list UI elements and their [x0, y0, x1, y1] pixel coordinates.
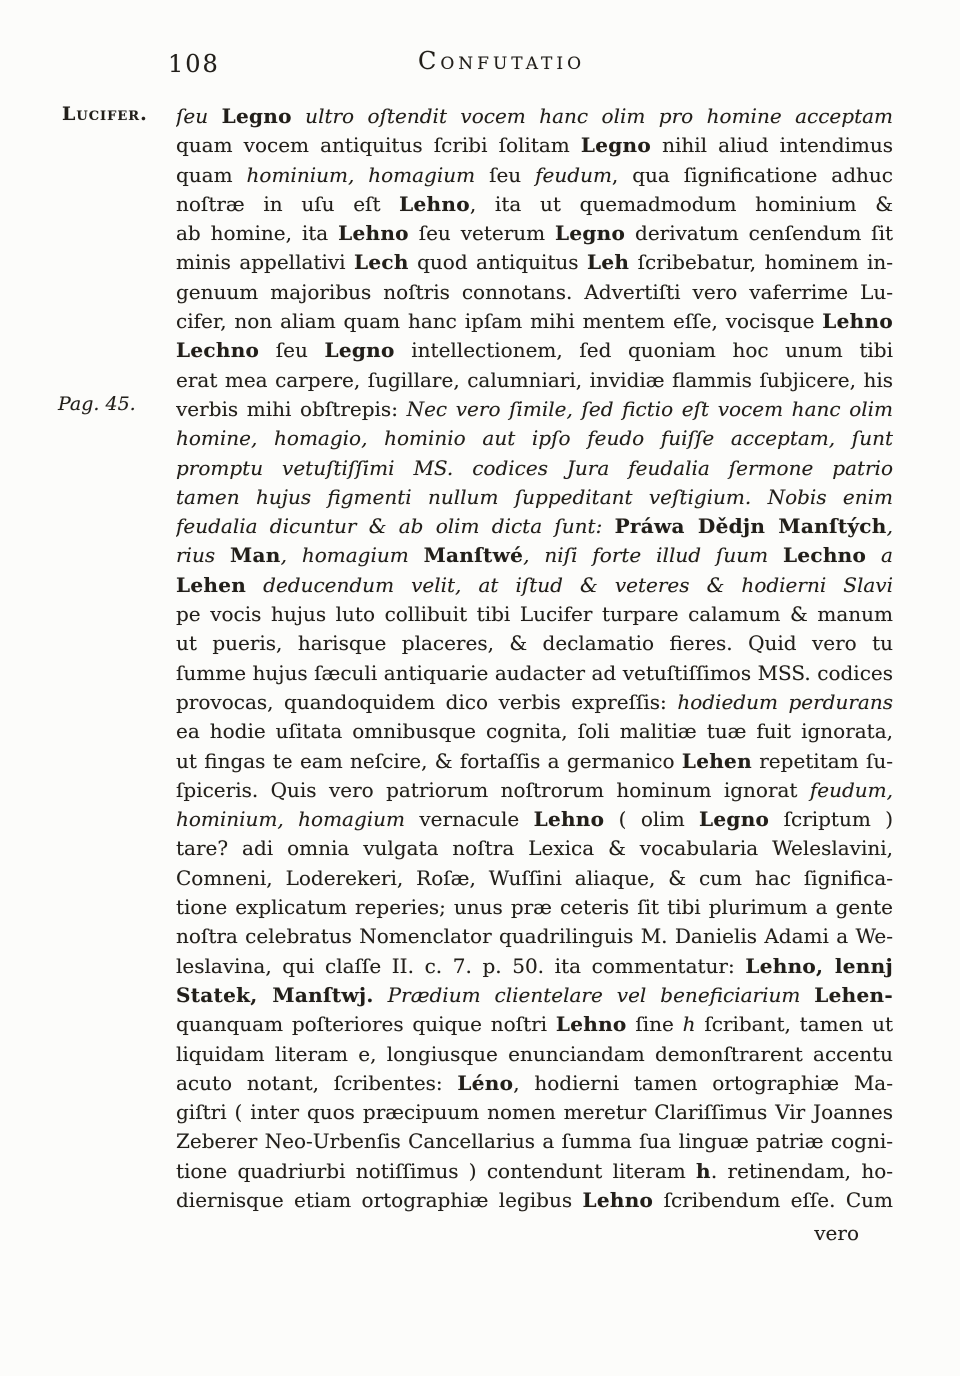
- roman-text: quam: [176, 163, 247, 187]
- blackletter-text: Lehno, lennj: [745, 954, 893, 978]
- italic-text: homine, homagio, hominio aut ipſo feudo …: [176, 426, 893, 453]
- text-line: verbis mihi obſtrepis: Nec vero ſimile, …: [176, 395, 893, 424]
- blackletter-text: Lechno: [176, 338, 259, 362]
- roman-text: liquidam literam e, longiusque enunciand…: [176, 1042, 893, 1066]
- roman-text: verbis mihi obſtrepis:: [176, 397, 407, 421]
- text-line: liquidam literam e, longiusque enunciand…: [176, 1040, 893, 1069]
- text-line: quanquam poſteriores quique noſtri Lehno…: [176, 1010, 893, 1039]
- italic-text: deducendum velit, at iſtud & veteres & h…: [176, 573, 893, 600]
- roman-text: repetitam ſu-: [752, 749, 893, 773]
- blackletter-text: Legno: [699, 807, 769, 831]
- roman-text: nihil aliud intendimus: [651, 133, 893, 157]
- roman-text: ſeu veterum: [409, 221, 555, 245]
- roman-text: Zeberer Neo-Urbenſis Cancellarius a ſumm…: [176, 1129, 893, 1153]
- blackletter-text: Lehno: [556, 1012, 627, 1036]
- blackletter-text: h: [696, 1159, 711, 1183]
- roman-text: ſine: [627, 1012, 683, 1036]
- blackletter-text: Lehno: [582, 1188, 653, 1212]
- blackletter-text: Man: [230, 543, 281, 567]
- blackletter-text: Lehen: [176, 573, 246, 597]
- text-line: genuum majoribus noſtris connotans. Adve…: [176, 278, 893, 307]
- roman-text: ſeu: [475, 163, 535, 187]
- roman-text: quod antiquitus: [409, 250, 587, 274]
- roman-text: ab homine, ita: [176, 221, 338, 245]
- italic-text: , niſi forte illud ſuum: [523, 543, 783, 567]
- page-number: 108: [168, 50, 220, 78]
- roman-text: pe vocis hujus luto collibuit tibi Lucif…: [176, 602, 893, 626]
- text-line: tamen hujus figmenti nullum ſuppeditant …: [176, 483, 893, 512]
- text-line: homine, homagio, hominio aut ipſo feudo …: [176, 424, 893, 453]
- italic-text: hominium, homagium: [247, 163, 476, 187]
- text-line: leslavina, qui claſſe II. c. 7. p. 50. i…: [176, 952, 893, 981]
- text-line: ab homine, ita Lehno ſeu veterum Legno d…: [176, 219, 893, 248]
- roman-text: minis appellativi: [176, 250, 354, 274]
- italic-text: Prædium clientelare vel beneficiarium: [374, 983, 815, 1007]
- text-line: tione quadriurbi notiſſimus ) contendunt…: [176, 1157, 893, 1186]
- book-page: 108 Confutatio Lucifer. Pag. 45. ſeu Leg…: [0, 0, 960, 1376]
- blackletter-text: Lehen: [682, 749, 752, 773]
- roman-text: ſumme hujus ſæculi antiquarie audacter a…: [176, 661, 893, 685]
- blackletter-text: Legno: [325, 338, 395, 362]
- text-line: Statek, Manſtwj. Prædium clientelare vel…: [176, 981, 893, 1010]
- roman-text: leslavina, qui claſſe II. c. 7. p. 50. i…: [176, 954, 745, 978]
- body-text: ſeu Legno ultro oſtendit vocem hanc olim…: [176, 102, 893, 1215]
- text-line: ea hodie uſitata omnibusque cognita, ſol…: [176, 717, 893, 746]
- running-title: Confutatio: [418, 47, 585, 75]
- roman-text: ſcribendum eſſe. Cum: [653, 1188, 893, 1212]
- text-line: tione explicatum reperies; unus præ cete…: [176, 893, 893, 922]
- italic-text: feudum,: [810, 778, 893, 802]
- roman-text: tione quadriurbi notiſſimus ) contendunt…: [176, 1159, 696, 1183]
- roman-text: ut fingas te eam neſcire, & fortaſſis a …: [176, 749, 682, 773]
- text-line: quam hominium, homagium ſeu feudum, qua …: [176, 161, 893, 190]
- text-line: tare? adi omnia vulgata noſtra Lexica & …: [176, 834, 893, 863]
- roman-text: genuum majoribus noſtris connotans. Adve…: [176, 280, 893, 304]
- catchword: vero: [176, 1221, 893, 1245]
- roman-text: erat mea carpere, ſugillare, calumniari,…: [176, 368, 893, 392]
- roman-text: tione explicatum reperies; unus præ cete…: [176, 895, 893, 919]
- roman-text: acuto notant, ſcribentes:: [176, 1071, 457, 1095]
- blackletter-text: Lechno: [783, 543, 866, 567]
- roman-text: ut pueris, harisque placeres, & declamat…: [176, 631, 893, 655]
- text-line: provocas, quandoquidem dico verbis expre…: [176, 688, 893, 717]
- roman-text: ſpiceris. Quis vero patriorum noſtrorum …: [176, 778, 810, 802]
- roman-text: . retinendam, ho-: [711, 1159, 893, 1183]
- italic-text: , homagium: [281, 543, 424, 567]
- roman-text: cifer, non aliam quam hanc ipſam mihi me…: [176, 309, 822, 333]
- text-line: erat mea carpere, ſugillare, calumniari,…: [176, 366, 893, 395]
- italic-text: h: [683, 1012, 696, 1036]
- italic-text: rius: [176, 543, 230, 567]
- blackletter-text: Manſtwé: [424, 543, 524, 567]
- blackletter-text: Lehno: [338, 221, 409, 245]
- text-line: promptu vetuſtiſſimi MS. codices Jura fe…: [176, 454, 893, 483]
- text-line: quam vocem antiquitus ſcribi ſolitam Leg…: [176, 131, 893, 160]
- text-line: diernisque etiam ortographiæ legibus Leh…: [176, 1186, 893, 1215]
- blackletter-text: Lehno: [822, 309, 893, 333]
- text-line: Lehen deducendum velit, at iſtud & veter…: [176, 571, 893, 600]
- blackletter-text: Lehno: [534, 807, 605, 831]
- margin-note-page-ref: Pag. 45.: [58, 393, 136, 415]
- roman-text: noſtra celebratus Nomenclator quadriling…: [176, 924, 893, 948]
- roman-text: ( olim: [604, 807, 699, 831]
- text-line: rius Man, homagium Manſtwé, niſi forte i…: [176, 541, 893, 570]
- blackletter-text: Legno: [555, 221, 625, 245]
- italic-text: feudalia dicuntur & ab olim dicta ſunt:: [176, 514, 615, 538]
- blackletter-text: Lech: [354, 250, 409, 274]
- text-line: hominium, homagium vernacule Lehno ( oli…: [176, 805, 893, 834]
- italic-text: promptu vetuſtiſſimi MS. codices Jura fe…: [176, 456, 893, 483]
- blackletter-text: Práwa Dědjn Manſtých: [615, 514, 887, 538]
- roman-text: ea hodie uſitata omnibusque cognita, ſol…: [176, 719, 893, 743]
- blackletter-text: Lehno: [399, 192, 470, 216]
- roman-text: quanquam poſteriores quique noſtri: [176, 1012, 556, 1036]
- text-line: cifer, non aliam quam hanc ipſam mihi me…: [176, 307, 893, 336]
- blackletter-text: Leh: [587, 250, 629, 274]
- margin-note-speaker: Lucifer.: [62, 103, 148, 125]
- blackletter-text: Legno: [222, 104, 292, 128]
- text-line: pe vocis hujus luto collibuit tibi Lucif…: [176, 600, 893, 629]
- roman-text: provocas, quandoquidem dico verbis expre…: [176, 690, 677, 714]
- blackletter-text: Statek, Manſtwj.: [176, 983, 374, 1007]
- text-line: ut pueris, harisque placeres, & declamat…: [176, 629, 893, 658]
- blackletter-text: Legno: [581, 133, 651, 157]
- roman-text: quam vocem antiquitus ſcribi ſolitam: [176, 133, 581, 157]
- text-line: ut fingas te eam neſcire, & fortaſſis a …: [176, 747, 893, 776]
- text-line: noſtræ in uſu eſt Lehno, ita ut quemadmo…: [176, 190, 893, 219]
- text-line: giſtri ( inter quos præcipuum nomen mere…: [176, 1098, 893, 1127]
- text-line: minis appellativi Lech quod antiquitus L…: [176, 248, 893, 277]
- italic-text: ſeu: [176, 104, 222, 128]
- roman-text: giſtri ( inter quos præcipuum nomen mere…: [176, 1100, 893, 1124]
- text-line: acuto notant, ſcribentes: Léno, hodierni…: [176, 1069, 893, 1098]
- roman-text: ſcribant, tamen ut: [696, 1012, 893, 1036]
- italic-text: hominium, homagium: [176, 807, 405, 831]
- roman-text: Comneni, Loderekeri, Roſæ, Wuſſini aliaq…: [176, 866, 893, 890]
- roman-text: tare? adi omnia vulgata noſtra Lexica & …: [176, 836, 893, 860]
- text-line: ſpiceris. Quis vero patriorum noſtrorum …: [176, 776, 893, 805]
- text-line: Comneni, Loderekeri, Roſæ, Wuſſini aliaq…: [176, 864, 893, 893]
- roman-text: noſtræ in uſu eſt: [176, 192, 399, 216]
- text-line: ſumme hujus ſæculi antiquarie audacter a…: [176, 659, 893, 688]
- italic-text: feudum: [535, 163, 612, 187]
- roman-text: diernisque etiam ortographiæ legibus: [176, 1188, 582, 1212]
- text-line: ſeu Legno ultro oſtendit vocem hanc olim…: [176, 102, 893, 131]
- roman-text: ſcribebatur, hominem in-: [629, 250, 893, 274]
- roman-text: vernacule: [405, 807, 534, 831]
- text-line: Lechno ſeu Legno intellectionem, ſed quo…: [176, 336, 893, 365]
- italic-text: tamen hujus figmenti nullum ſuppeditant …: [176, 485, 893, 512]
- text-line: Zeberer Neo-Urbenſis Cancellarius a ſumm…: [176, 1127, 893, 1156]
- roman-text: ſeu: [259, 338, 324, 362]
- text-line: noſtra celebratus Nomenclator quadriling…: [176, 922, 893, 951]
- text-line: feudalia dicuntur & ab olim dicta ſunt: …: [176, 512, 893, 541]
- roman-text: , hodierni tamen ortographiæ Ma-: [513, 1071, 893, 1095]
- blackletter-text: Léno: [457, 1071, 513, 1095]
